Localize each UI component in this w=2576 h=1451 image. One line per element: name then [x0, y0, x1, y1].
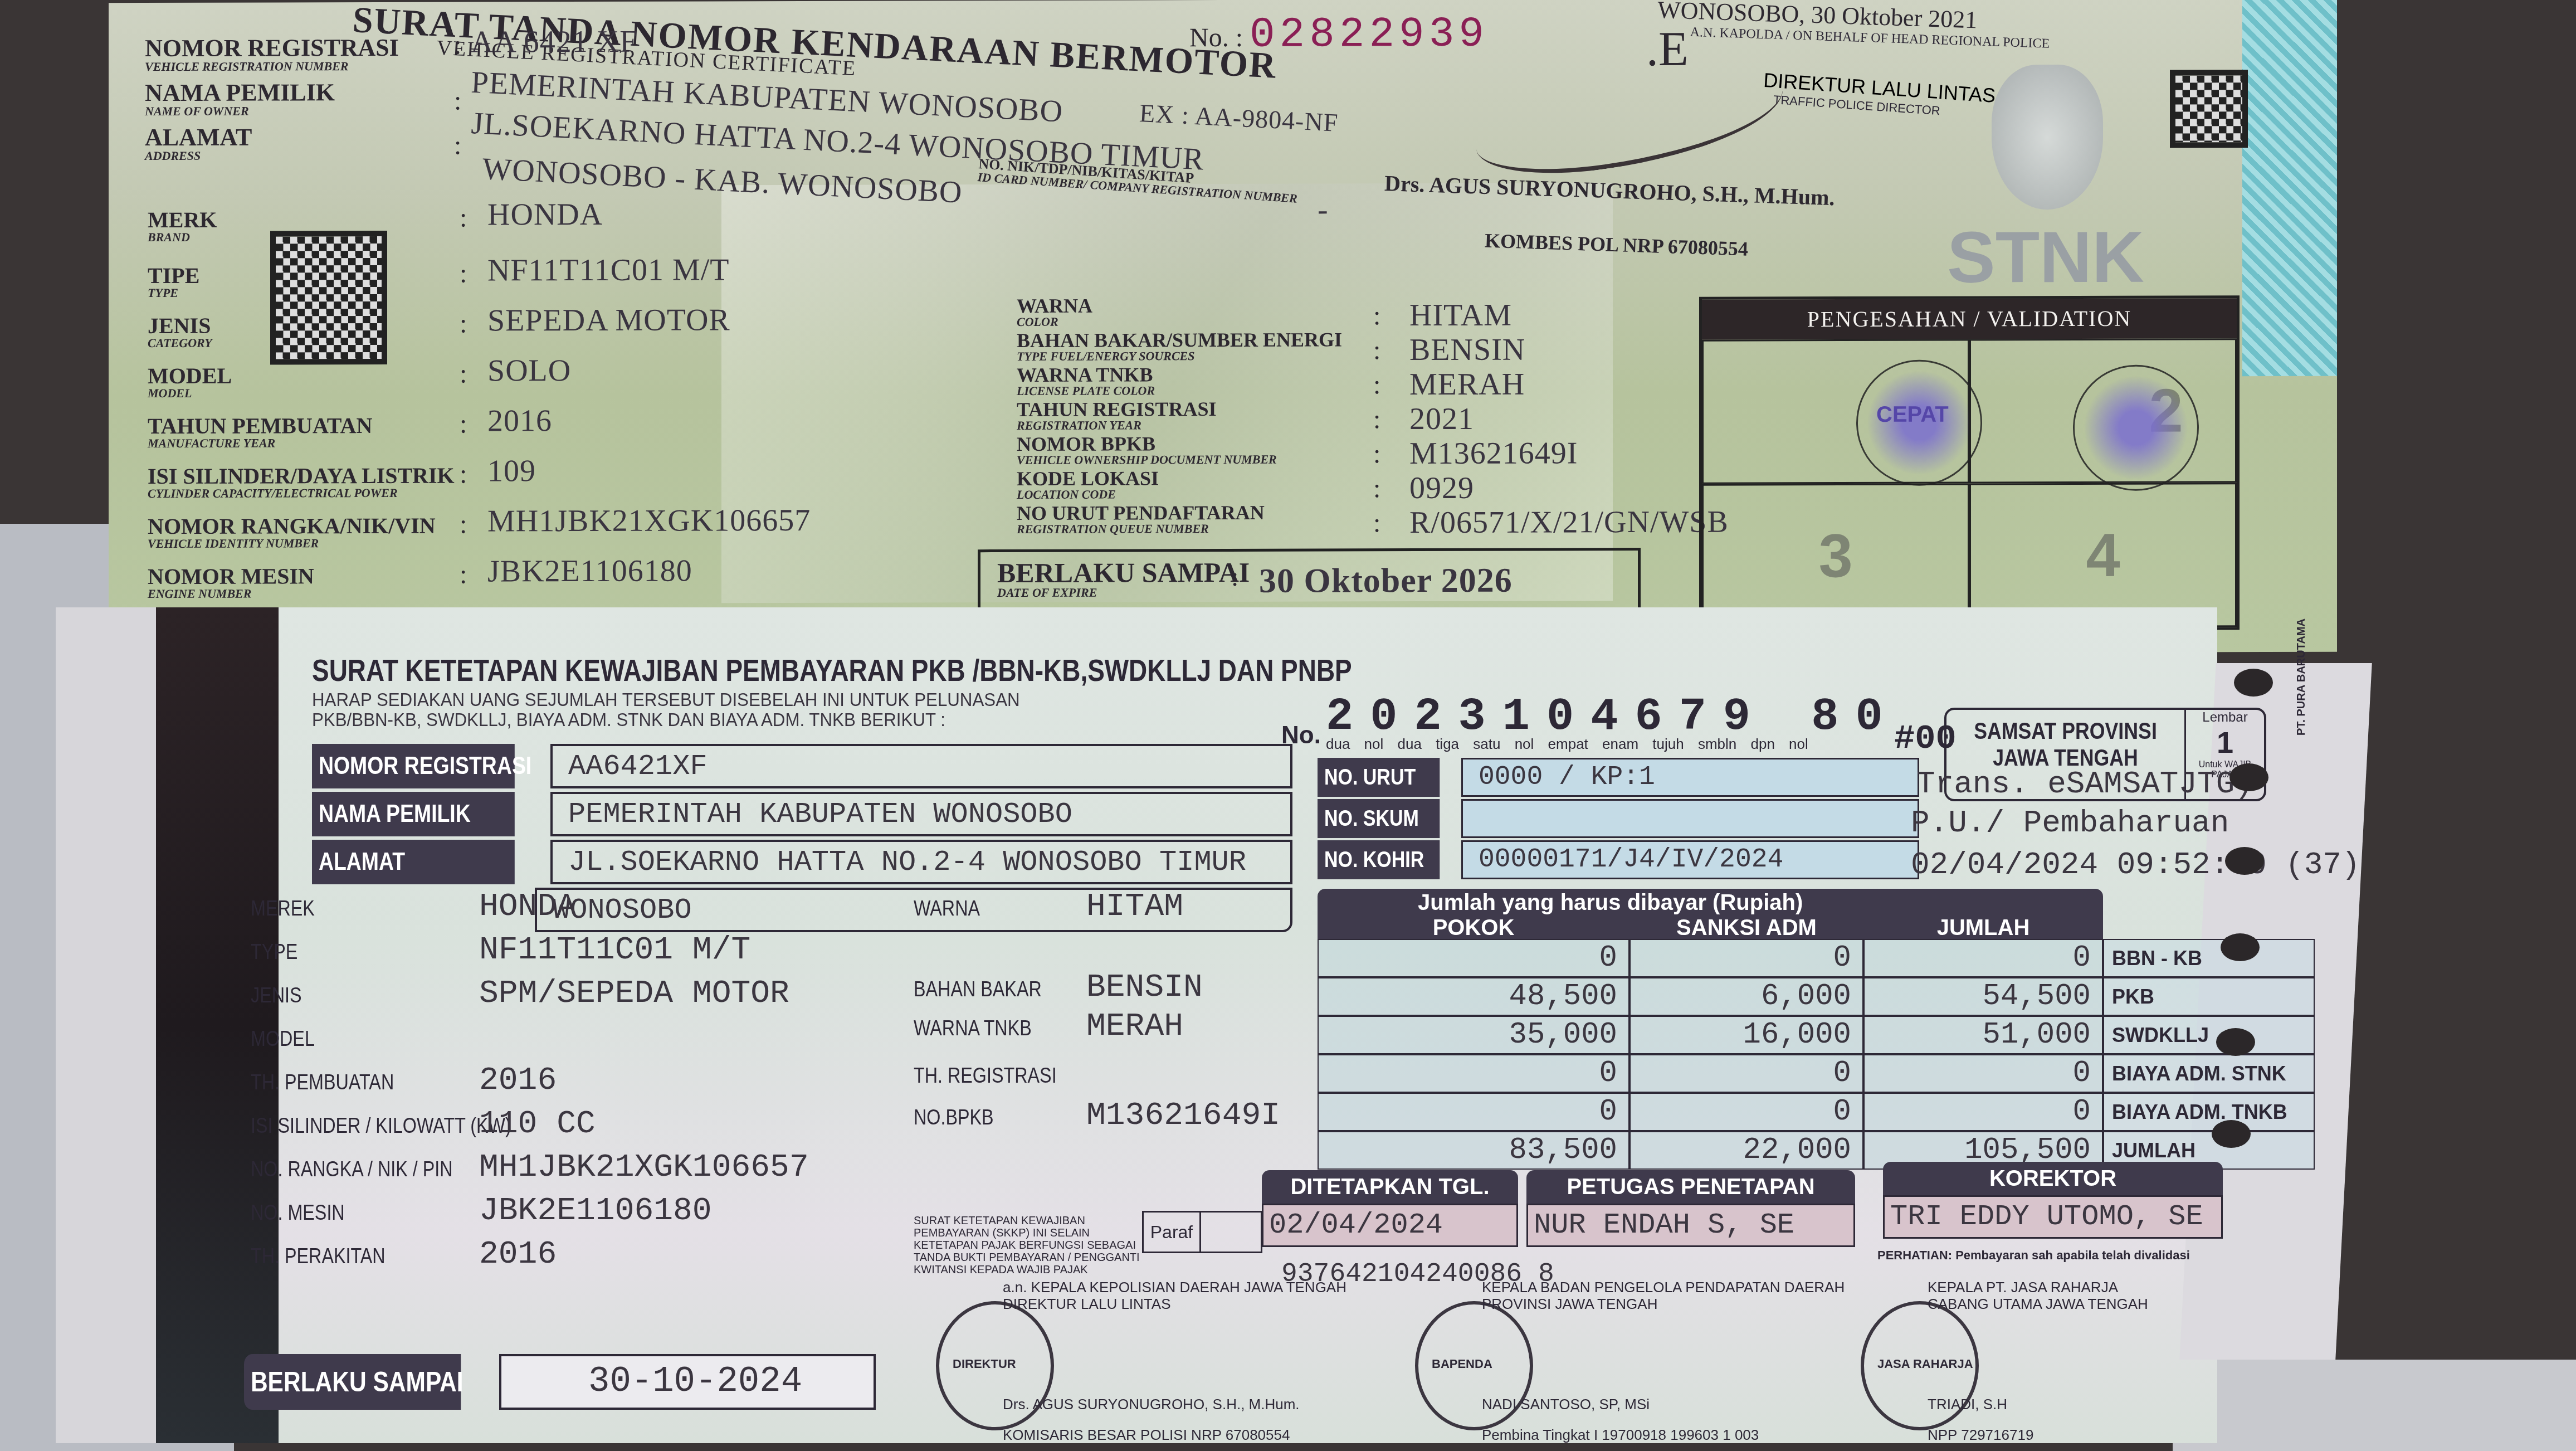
payment-cell: 0: [1318, 1093, 1629, 1131]
validation-table: PENGESAHAN / VALIDATION CEPAT 2 3 4: [1699, 295, 2240, 631]
vehicle-value: 2016: [479, 1236, 557, 1273]
stnk-value: 0929: [1409, 470, 1474, 506]
vehicle-label: NO.BPKB: [914, 1106, 994, 1130]
owner-row-registration: NOMOR REGISTRASI AA6421XF: [312, 744, 1292, 788]
vehicle-label: NO. MESIN: [251, 1201, 345, 1225]
payment-cell: 0: [1318, 1054, 1629, 1093]
ref-row-kohir: NO. KOHIR 00000171/J4/IV/2024: [1318, 840, 1919, 879]
paraf-box: Paraf: [1142, 1211, 1262, 1253]
stnk-label: ISI SILINDER/DAYA LISTRIKCYLINDER CAPACI…: [148, 465, 455, 500]
officer-box: PETUGAS PENETAPAN NUR ENDAH S, SE: [1526, 1170, 1855, 1247]
vehicle-value: NF11T11C01 M/T: [479, 932, 750, 968]
vehicle-value: 110 CC: [479, 1106, 596, 1142]
punch-hole: [2212, 1120, 2251, 1148]
stnk-label: WARNA TNKBLICENSE PLATE COLOR: [1017, 364, 1155, 397]
stnk-label: TAHUN PEMBUATANMANUFACTURE YEAR: [148, 415, 372, 450]
vehicle-label: ISI SILINDER / KILOWATT (KW): [251, 1114, 511, 1138]
vehicle-label: JENIS: [251, 984, 302, 1008]
vehicle-value: BENSIN: [1086, 970, 1203, 1006]
stnk-label: NOMOR MESINENGINE NUMBER: [148, 565, 314, 600]
punch-hole: [2234, 669, 2273, 697]
vehicle-value: 2016: [479, 1063, 557, 1099]
punch-hole: [2225, 847, 2264, 875]
stnk-value: MERAH: [1409, 367, 1525, 403]
police-crest-icon: [1992, 65, 2103, 210]
signatory-name: TRIADI, S.H: [1928, 1396, 2007, 1413]
stnk-expire-label: BERLAKU SAMPAI DATE OF EXPIRE: [997, 558, 1250, 599]
stnk-label: MERKBRAND: [148, 209, 217, 244]
signatory-title1: KEPALA PT. JASA RAHARJA: [1928, 1279, 2118, 1296]
vehicle-label: NO. RANGKA / NIK / PIN: [251, 1158, 453, 1182]
owner-row-address: ALAMAT JL.SOEKARNO HATTA NO.2-4 WONOSOBO…: [312, 840, 1292, 884]
stnk-fields-left: NOMOR REGISTRASIVEHICLE REGISTRATION NUM…: [109, 0, 2337, 3]
stnk-number-label: No. :: [1189, 23, 1243, 52]
vehicle-label: WARNA TNKB: [914, 1017, 1032, 1041]
signatory-name: NADI SANTOSO, SP, MSi: [1482, 1396, 1650, 1413]
stnk-value: BENSIN: [1409, 332, 1525, 368]
vehicle-value: MERAH: [1086, 1009, 1183, 1045]
vehicle-value: HONDA: [479, 889, 576, 925]
stnk-value: HITAM: [1409, 298, 1512, 333]
vehicle-value: HITAM: [1086, 889, 1183, 925]
stnk-value: JBK2E1106180: [487, 553, 692, 589]
payment-cell: 0: [1863, 939, 2103, 977]
issue-place-date: WONOSOBO, 30 Oktober 2021 A.N. KAPOLDA /…: [1657, 0, 1978, 34]
skkp-legal-note: SURAT KETETAPAN KEWAJIBAN PEMBAYARAN (SK…: [914, 1215, 1148, 1276]
stnk-fields-right: WARNACOLOR:HITAMBAHAN BAKAR/SUMBER ENERG…: [109, 0, 2337, 3]
vehicle-label: MEREK: [251, 897, 315, 921]
director-label: DIREKTUR LALU LINTAS TRAFFIC POLICE DIRE…: [1763, 69, 1996, 108]
validation-cell-2: 2: [1969, 338, 2237, 483]
stnk-label: NOMOR BPKBVEHICLE OWNERSHIP DOCUMENT NUM…: [1017, 434, 1277, 466]
payment-header: Jumlah yang harus dibayar (Rupiah): [1318, 889, 2103, 917]
payment-cell: 54,500: [1863, 977, 2103, 1016]
stnk-value: 2021: [1409, 401, 1474, 437]
stnk-value: R/06571/X/21/GN/WSB: [1409, 504, 1729, 541]
payment-cell: 51,000: [1863, 1016, 2103, 1054]
ref-row-skum: NO. SKUM: [1318, 799, 1919, 838]
payment-cell: 0: [1318, 939, 1629, 977]
stnk-value: HONDA: [487, 197, 603, 233]
vehicle-label: TH. PERAKITAN: [251, 1245, 386, 1269]
owner-row-name: NAMA PEMILIK PEMERINTAH KABUPATEN WONOSO…: [312, 792, 1292, 836]
reference-numbers: NO. URUT 0000 / KP:1 NO. SKUM NO. KOHIR …: [1318, 758, 1919, 882]
qr-code-icon: [270, 231, 387, 365]
stnk-value: MH1JBK21XGK106657: [487, 503, 811, 539]
validation-cell-4: 4: [1969, 483, 2237, 627]
tape-strip: [156, 607, 279, 1443]
payment-cell: 0: [1629, 1054, 1863, 1093]
printer-name: PT. PURA BARUTAMA: [2295, 619, 2308, 736]
payment-row-label: BIAYA ADM. STNK: [2103, 1054, 2315, 1093]
number-label: No.: [1281, 722, 1321, 749]
signatory-name: Drs. AGUS SURYONUGROHO, S.H., M.Hum.: [1003, 1396, 1300, 1413]
stnk-label: NAMA PEMILIKNAME OF OWNER: [145, 80, 335, 118]
qr-code-icon: [2170, 70, 2248, 148]
vehicle-value: M13621649I: [1086, 1098, 1280, 1134]
stnk-value: M13621649I: [1409, 435, 1578, 471]
stnk-certificate: SURAT TANDA NOMOR KENDARAAN BERMOTOR VEH…: [109, 0, 2337, 658]
vehicle-label: TYPE: [251, 941, 297, 965]
payment-cell: 83,500: [1318, 1131, 1629, 1170]
payment-cell: 6,000: [1629, 977, 1863, 1016]
id-card-value: -: [1318, 192, 1329, 228]
payment-cell: 0: [1863, 1054, 2103, 1093]
payment-cell: 0: [1863, 1093, 2103, 1131]
corrector-box: KOREKTOR TRI EDDY UTOMO, SE: [1883, 1162, 2223, 1239]
ref-row-urut: NO. URUT 0000 / KP:1: [1318, 758, 1919, 797]
stnk-label: MODELMODEL: [148, 365, 232, 400]
signatory-id: KOMISARIS BESAR POLISI NRP 67080554: [1003, 1426, 1290, 1444]
signatory-title2: DIREKTUR LALU LINTAS: [1003, 1296, 1170, 1313]
validation-stamp-icon: [2073, 364, 2199, 491]
stnk-label: JENISCATEGORY: [148, 315, 212, 349]
vehicle-label: TH. PEMBUATAN: [251, 1071, 394, 1095]
validation-cell-3: 3: [1702, 483, 1969, 628]
signatory-title2: PROVINSI JAWA TENGAH: [1482, 1296, 1657, 1313]
vehicle-value: SPM/SEPEDA MOTOR: [479, 976, 789, 1012]
payment-row-label: SWDKLLJ: [2103, 1016, 2315, 1054]
vehicle-label: WARNA: [914, 897, 980, 921]
vehicle-value: MH1JBK21XGK106657: [479, 1150, 809, 1186]
timestamp-text: 02/04/2024 09:52:30 (37): [1911, 847, 2360, 883]
stnk-label: BAHAN BAKAR/SUMBER ENERGITYPE FUEL/ENERG…: [1017, 329, 1342, 363]
stnk-label: WARNACOLOR: [1017, 296, 1092, 328]
payment-cell: 0: [1629, 1093, 1863, 1131]
payment-cell: 48,500: [1318, 977, 1629, 1016]
perhatian-note: PERHATIAN: Pembayaran sah apabila telah …: [1877, 1248, 2190, 1263]
payment-row-label: BBN - KB: [2103, 939, 2315, 977]
ex-plate: EX : AA-9804-NF: [1139, 98, 1339, 138]
stnk-label: KODE LOKASILOCATION CODE: [1017, 468, 1159, 501]
stnk-value: 2016: [487, 403, 552, 439]
paper-edge: [56, 607, 156, 1443]
assessment-date-box: DITETAPKAN TGL. 02/04/2024: [1262, 1170, 1518, 1247]
floor-surface: [2173, 1360, 2576, 1451]
vehicle-label: BAHAN BAKAR: [914, 978, 1042, 1002]
signature-icon: [1468, 50, 1790, 187]
validation-header: PENGESAHAN / VALIDATION: [1702, 298, 2237, 340]
stnk-value: 109: [487, 453, 536, 489]
stnk-value: NF11T11C01 M/T: [487, 252, 730, 288]
stnk-value: SOLO: [487, 353, 571, 388]
stnk-label: ALAMATADDRESS: [145, 125, 252, 163]
payment-cell: 16,000: [1629, 1016, 1863, 1054]
skkp-number-words: dua nol dua tiga satu nol empat enam tuj…: [1326, 736, 1808, 753]
vehicle-value: JBK2E1106180: [479, 1193, 712, 1229]
signatory-title2: CABANG UTAMA JAWA TENGAH: [1928, 1296, 2148, 1313]
skkp-note: HARAP SEDIAKAN UANG SEJUMLAH TERSEBUT DI…: [312, 690, 1020, 730]
stnk-value: SEPEDA MOTOR: [487, 302, 730, 338]
stnk-number-value: 02822939: [1250, 11, 1489, 59]
vehicle-label: TH. REGISTRASI: [914, 1064, 1057, 1088]
stnk-logo: STNK: [1947, 215, 2144, 299]
stnk-label: TIPETYPE: [148, 265, 199, 299]
stnk-label: NO URUT PENDAFTARANREGISTRATION QUEUE NU…: [1017, 503, 1265, 535]
signatory-id: Pembina Tingkat I 19700918 199603 1 003: [1482, 1426, 1759, 1444]
stnk-number: No. : 02822939: [1189, 11, 1489, 59]
punch-hole: [2221, 933, 2260, 961]
skkp-expire: BERLAKU SAMPAI 30-10-2024: [244, 1354, 876, 1410]
signatory-title1: a.n. KEPALA KEPOLISIAN DAERAH JAWA TENGA…: [1003, 1279, 1346, 1296]
punch-hole: [2216, 1028, 2255, 1056]
stnk-label: NOMOR REGISTRASIVEHICLE REGISTRATION NUM…: [145, 36, 399, 73]
payment-row-label: PKB: [2103, 977, 2315, 1016]
stnk-expire-box: BERLAKU SAMPAI DATE OF EXPIRE : 30 Oktob…: [978, 548, 1641, 616]
stnk-value: AA 6421 XF: [471, 24, 637, 60]
vehicle-label: MODEL: [251, 1028, 315, 1051]
stnk-label: TAHUN REGISTRASIREGISTRATION YEAR: [1017, 399, 1216, 432]
payment-cell: 0: [1629, 939, 1863, 977]
payment-table: Jumlah yang harus dibayar (Rupiah) POKOK…: [1318, 889, 2315, 1170]
stnk-label: NOMOR RANGKA/NIK/VINVEHICLE IDENTITY NUM…: [148, 515, 436, 550]
punch-hole: [2229, 763, 2268, 791]
payment-row-label: BIAYA ADM. TNKB: [2103, 1093, 2315, 1131]
trans-text: Trans. eSAMSATJTG): [1916, 766, 2253, 802]
payment-cell: 35,000: [1318, 1016, 1629, 1054]
signatory-id: NPP 729716719: [1928, 1426, 2033, 1444]
payment-cell: 22,000: [1629, 1131, 1863, 1170]
pu-text: P.U./ Pembaharuan: [1911, 805, 2229, 841]
signatory-title1: KEPALA BADAN PENGELOLA PENDAPATAN DAERAH: [1482, 1279, 1845, 1296]
validation-cell-1: CEPAT: [1702, 339, 1969, 484]
security-pattern: [2242, 0, 2337, 376]
skkp-receipt: SURAT KETETAPAN KEWAJIBAN PEMBAYARAN PKB…: [56, 607, 2217, 1443]
stnk-expire-value: 30 Oktober 2026: [1259, 561, 1513, 601]
skkp-title: SURAT KETETAPAN KEWAJIBAN PEMBAYARAN PKB…: [312, 652, 1352, 688]
